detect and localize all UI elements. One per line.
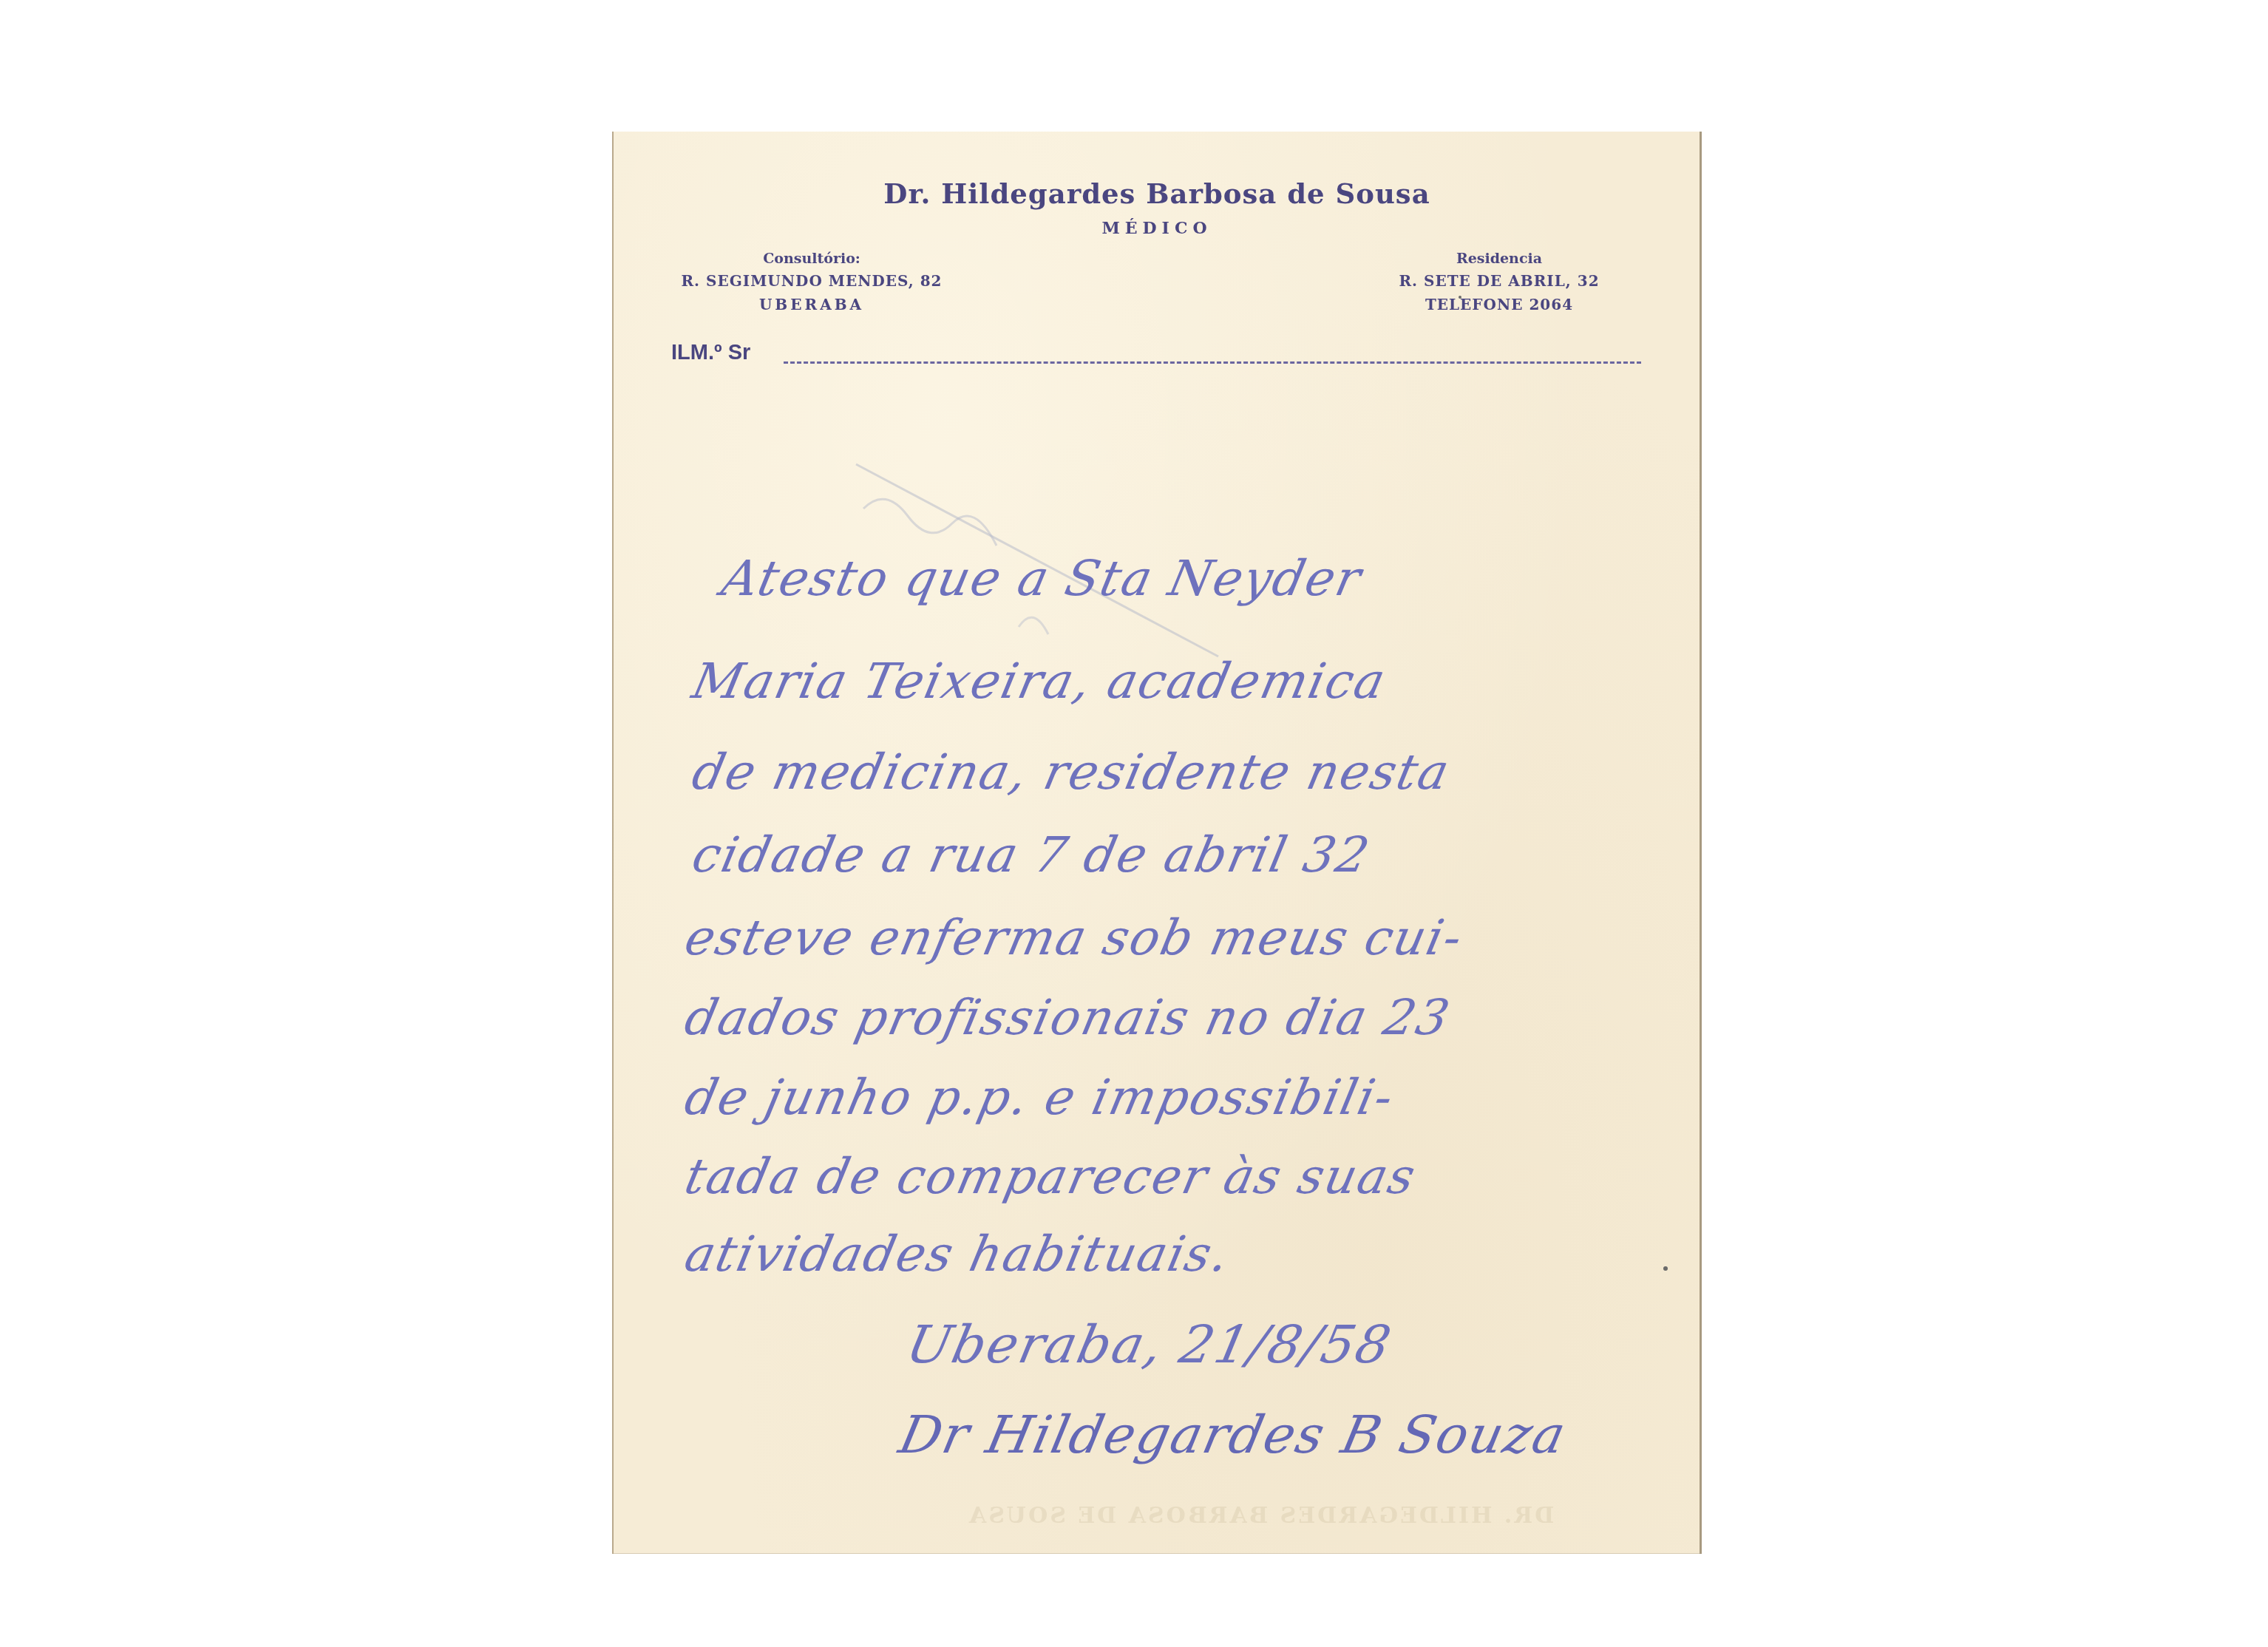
paper-speck (1459, 296, 1461, 299)
body-line-8: tada de comparecer às suas (680, 1148, 1422, 1205)
residence-address-block: Residencia R. SETE DE ABRIL, 32 TELEFONE… (1359, 248, 1640, 316)
office-street: R. SEGIMUNDO MENDES, 82 (671, 269, 952, 293)
body-line-2: Maria Teixeira, academica (687, 653, 1392, 710)
doctor-signature: Dr Hildegardes B Souza (894, 1405, 1572, 1465)
letter-paper: Dr. Hildegardes Barbosa de Sousa MÉDICO … (612, 132, 1702, 1554)
addressee-dotted-line (784, 361, 1641, 364)
place-and-date: Uberaba, 21/8/58 (901, 1314, 1397, 1375)
residence-phone: TELEFONE 2064 (1359, 293, 1640, 316)
body-line-4: cidade a rua 7 de abril 32 (687, 826, 1376, 883)
body-line-6: dados profissionais no dia 23 (680, 989, 1456, 1046)
residence-label: Residencia (1359, 248, 1640, 269)
office-address-block: Consultório: R. SEGIMUNDO MENDES, 82 UBE… (671, 248, 952, 316)
show-through-letterhead: DR. HILDEGARDES BARBOSA DE SOUSA (967, 1503, 1554, 1529)
salutation-label: ILM.º Sr (671, 341, 750, 365)
body-line-7: de junho p.p. e impossibili- (680, 1069, 1399, 1126)
residence-street: R. SETE DE ABRIL, 32 (1359, 269, 1640, 293)
body-line-9: atividades habituais. (680, 1226, 1235, 1283)
paper-speck (1663, 1266, 1668, 1271)
body-line-3: de medicina, residente nesta (687, 744, 1456, 801)
office-city: UBERABA (671, 293, 952, 316)
letterhead-profession: MÉDICO (612, 219, 1702, 238)
body-line-5: esteve enferma sob meus cui- (680, 909, 1468, 966)
body-line-1: Atesto que a Sta Neyder (717, 550, 1368, 607)
letterhead-doctor-name: Dr. Hildegardes Barbosa de Sousa (612, 177, 1702, 210)
office-label: Consultório: (671, 248, 952, 269)
